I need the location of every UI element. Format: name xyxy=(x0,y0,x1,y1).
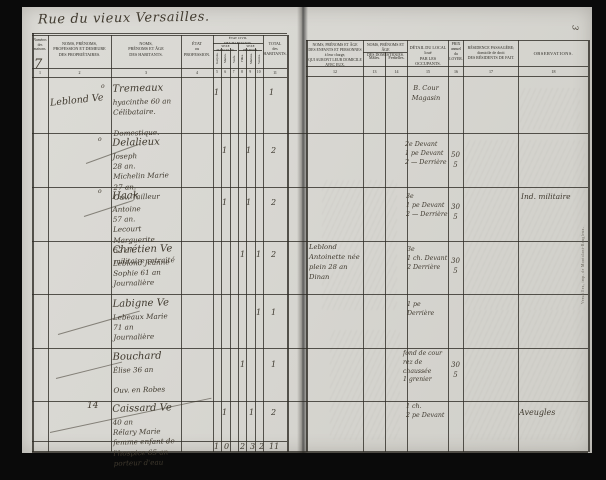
grid-line xyxy=(363,40,364,452)
column-total: 2 xyxy=(259,442,264,451)
count-value: 1 xyxy=(249,408,254,417)
column-header-detail-local: DÉTAIL DU LOCAL loué PAR LES OCCUPANTS. xyxy=(408,45,448,67)
column-number: 12 xyxy=(307,69,363,74)
local-detail: 3e 1 ch. Devant 2 Derrière xyxy=(407,245,449,272)
count-value: 1 xyxy=(240,360,245,369)
column-number: 17 xyxy=(464,69,518,74)
count-value: 1 xyxy=(222,408,227,417)
local-detail: 1 pe Derrière xyxy=(407,300,449,318)
column-number: 11 xyxy=(263,70,287,75)
local-detail: 1 ch. 2 pe Devant xyxy=(406,402,448,420)
grand-total: 11 xyxy=(269,442,279,451)
ditto-mark: o xyxy=(98,188,102,197)
column-number: 7 xyxy=(230,70,238,75)
count-value: 1 xyxy=(256,308,261,317)
column-number: 16 xyxy=(449,69,463,74)
column-header-proprietaires: NOMS, PRÉNOMS, PROFESSION ET DEMEURE DES… xyxy=(49,41,110,57)
count-value: 1 xyxy=(246,198,251,207)
grid-line xyxy=(463,40,464,452)
enfants-entry: Leblond Antoinette née plein 28 an Dinan xyxy=(309,243,361,282)
column-header-veufs: Veufs. xyxy=(232,51,236,66)
scanned-census-register: Rue du vieux Versailles. 3 Versailles, i… xyxy=(0,0,606,480)
local-detail: fond de cour rez de chaussée 1 grenier xyxy=(403,350,449,385)
column-header-enfants: NOMS, PRÉNOMS ET ÂGE DES ENFANTS ET PERS… xyxy=(307,43,363,68)
observation-note: Aveugles xyxy=(519,407,584,419)
local-detail: 3e 1 pe Devant 2 — Derrière xyxy=(406,192,448,219)
count-value: 1 xyxy=(246,146,251,155)
rent-price: 30 5 xyxy=(449,360,462,380)
column-header-veuves: Veuves. xyxy=(257,51,261,66)
rent-price: 30 5 xyxy=(449,202,462,222)
column-header-habitants: NOMS, PRÉNOMS ET ÂGE DES HABITANTS. xyxy=(112,41,180,57)
ink-bleed-artifact xyxy=(330,330,400,440)
count-value: 1 xyxy=(222,198,227,207)
column-header-prix-loyer: PRIX annuel du LOYER. xyxy=(449,42,463,62)
grid-line xyxy=(518,40,519,452)
column-header-observations: OBSERVATIONS. xyxy=(519,51,588,57)
grid-line xyxy=(32,33,287,34)
grid-line xyxy=(287,35,289,452)
ditto-mark: o xyxy=(98,136,102,145)
column-number: 10 xyxy=(255,70,263,75)
grid-line xyxy=(588,40,590,452)
column-number: 18 xyxy=(519,69,588,74)
grid-line xyxy=(32,77,287,78)
house-number: 7 xyxy=(34,56,42,75)
column-number: 5 xyxy=(213,70,221,75)
column-number: 13 xyxy=(364,69,385,74)
column-header-etat-profession: ÉTAT ou PROFESSION. xyxy=(182,41,212,57)
street-title: Rue du vieux Versailles. xyxy=(38,9,210,31)
printer-imprint: Versailles, imp. de Montalant-Bougleux. xyxy=(581,150,586,380)
grid-line xyxy=(181,35,182,452)
grid-line xyxy=(238,43,239,452)
local-detail: 2e Devant 1 pe Devant 2 — Derrière xyxy=(405,140,447,167)
count-value: 1 xyxy=(222,146,227,155)
total-value: 2 xyxy=(271,408,276,417)
total-value: 1 xyxy=(271,360,276,369)
grid-line xyxy=(306,76,588,77)
column-header-males: Mâles. xyxy=(364,55,385,60)
grid-line xyxy=(306,40,308,452)
column-total: 1 xyxy=(214,442,219,451)
grid-line xyxy=(221,48,222,452)
count-value: 1 xyxy=(214,88,219,97)
habitants-entry: Bouchard Élise 36 an Ouv. en Robes xyxy=(112,349,180,397)
grid-line xyxy=(230,48,231,452)
ink-bleed-artifact xyxy=(520,88,580,130)
grid-line xyxy=(246,48,247,452)
habitants-entry: Tremeaux hyacinthe 60 an Célibataire. Do… xyxy=(112,81,180,139)
column-header-garcons: Garçons. xyxy=(215,51,219,66)
column-header-filles: Filles. xyxy=(240,51,244,66)
ink-bleed-artifact xyxy=(465,140,585,310)
column-header-maries: Mariés. xyxy=(223,51,227,66)
column-number: 3 xyxy=(111,70,181,75)
rent-price: 50 5 xyxy=(449,150,462,170)
ink-bleed-artifact xyxy=(465,310,583,440)
column-number: 9 xyxy=(246,70,254,75)
grid-line xyxy=(32,294,588,295)
column-header-mariees: Mariées. xyxy=(249,51,253,66)
house-number: 14 xyxy=(87,400,98,413)
local-detail: B. Cour Magasin xyxy=(404,84,448,103)
observation-note: Ind. militaire xyxy=(521,192,586,203)
column-number: 4 xyxy=(181,70,213,75)
total-value: 2 xyxy=(271,250,276,259)
column-header-residence: RÉSIDENCE PASSAGÈRE; domicile de droit D… xyxy=(464,45,518,61)
ditto-mark: o xyxy=(101,83,105,92)
grid-line xyxy=(306,40,588,41)
grid-line xyxy=(385,52,386,452)
column-header-total: TOTAL des HABITANTS. xyxy=(263,41,287,57)
rent-price: 30 5 xyxy=(449,256,462,276)
grid-line xyxy=(32,33,34,452)
total-value: 1 xyxy=(271,308,276,317)
column-number: 2 xyxy=(48,70,111,75)
column-total: 0 xyxy=(224,442,229,451)
column-number: 6 xyxy=(221,70,229,75)
habitants-entry: Chrétien Ve Leblond Jeanne Sophie 61 an … xyxy=(112,242,180,290)
column-total: 2 xyxy=(240,442,245,451)
grid-line xyxy=(213,35,214,452)
column-number: 14 xyxy=(386,69,407,74)
count-value: 1 xyxy=(240,250,245,259)
total-value: 1 xyxy=(269,88,274,97)
count-value: 1 xyxy=(256,250,261,259)
grid-line xyxy=(32,348,588,349)
column-total: 3 xyxy=(250,442,255,451)
page-number: 3 xyxy=(569,25,581,30)
column-header-femelles: Femelles. xyxy=(386,55,407,60)
column-number: 15 xyxy=(408,69,448,74)
habitants-entry: Labigne Ve Lebeaux Marie 71 an Journaliè… xyxy=(112,296,180,344)
column-header-maisons: Numéros des maisons. xyxy=(32,38,48,52)
total-value: 2 xyxy=(271,198,276,207)
column-number: 8 xyxy=(238,70,246,75)
grid-line xyxy=(263,35,264,452)
total-value: 2 xyxy=(271,146,276,155)
